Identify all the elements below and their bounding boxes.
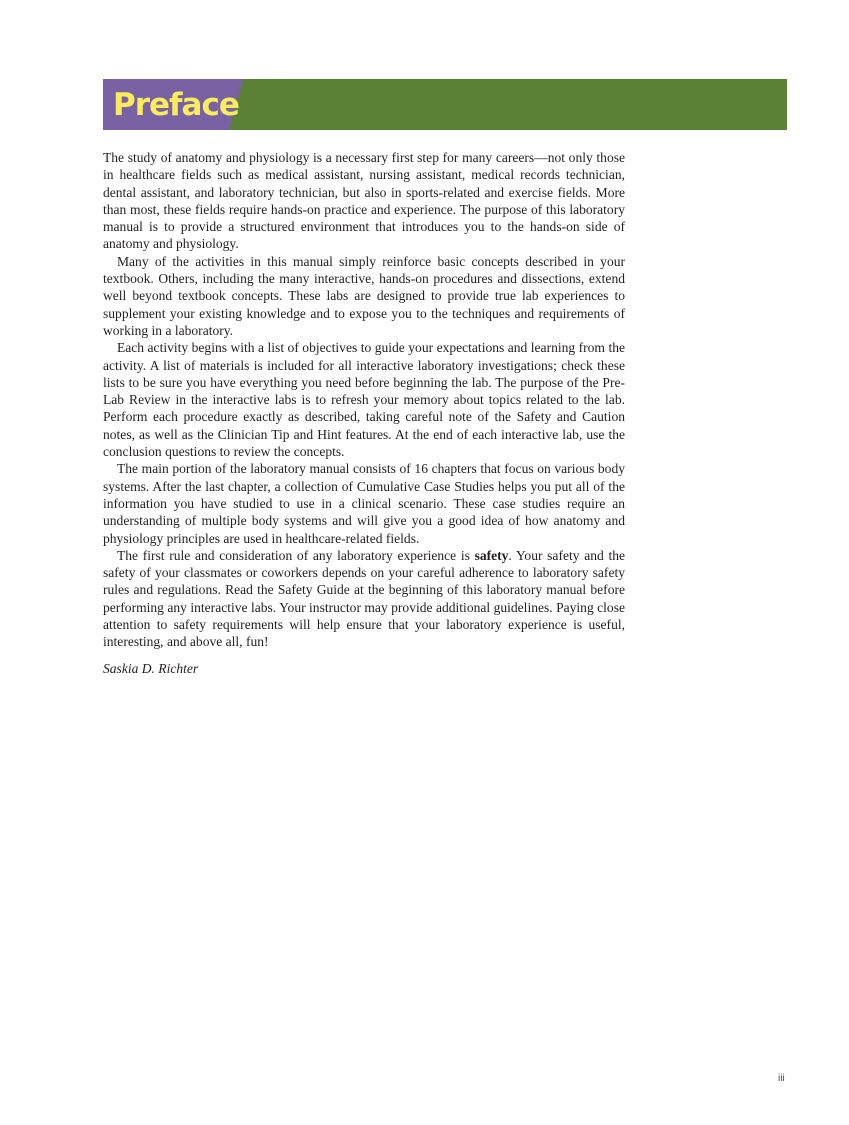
paragraph-safety: The first rule and consideration of any … bbox=[103, 547, 625, 651]
safety-emphasis: safety bbox=[475, 548, 509, 563]
paragraph-intro: The study of anatomy and physiology is a… bbox=[103, 149, 625, 253]
safety-text-before: The first rule and consideration of any … bbox=[117, 548, 475, 563]
author-signature: Saskia D. Richter bbox=[103, 660, 625, 677]
chapter-banner: Preface bbox=[103, 79, 787, 130]
page-number: iii bbox=[778, 1073, 785, 1084]
safety-text-after: . Your safety and the safety of your cla… bbox=[103, 548, 625, 649]
preface-body: The study of anatomy and physiology is a… bbox=[103, 149, 625, 677]
paragraph-activities: Many of the activities in this manual si… bbox=[103, 253, 625, 339]
page-title: Preface bbox=[113, 83, 239, 127]
paragraph-objectives: Each activity begins with a list of obje… bbox=[103, 339, 625, 460]
paragraph-chapters: The main portion of the laboratory manua… bbox=[103, 460, 625, 546]
